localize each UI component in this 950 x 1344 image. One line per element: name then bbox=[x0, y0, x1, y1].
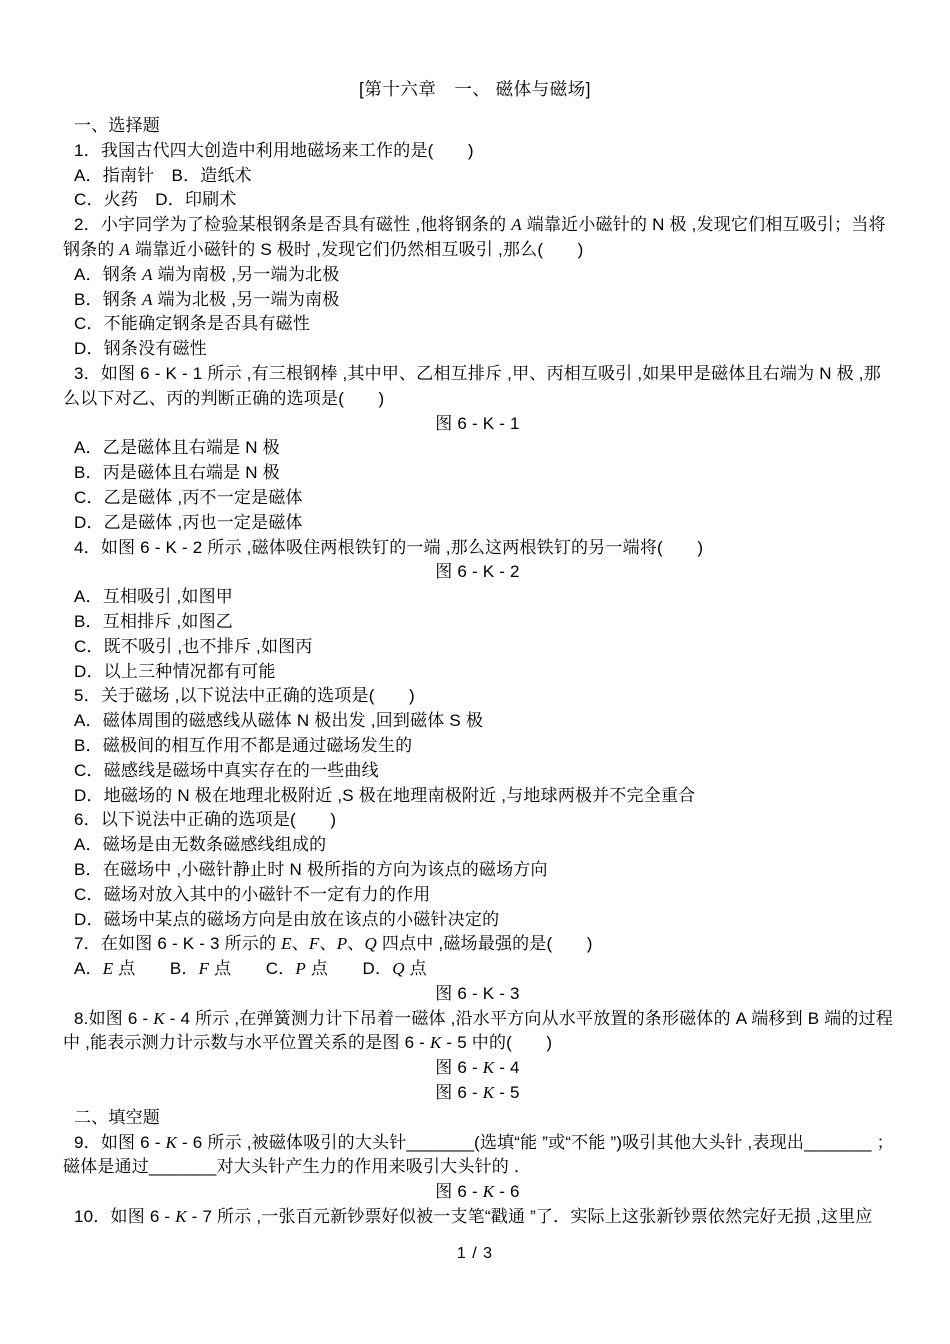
question-8-line-1: 8.如图 6 - K - 4 所示 ,在弹簧测力计下吊着一磁体 ,沿水平方向从水… bbox=[63, 1007, 892, 1032]
question-3-line-2: 么以下对乙、丙的判断正确的选项是( ) bbox=[63, 387, 892, 412]
question-2-line-2: 钢条的 A 端靠近小磁针的 S 极时 ,发现它们仍然相互吸引 ,那么( ) bbox=[63, 238, 892, 263]
figure-caption-6-k-1: 图 6 - K - 1 bbox=[63, 412, 892, 437]
option-5-c: C．磁感线是磁场中真实存在的一些曲线 bbox=[63, 759, 892, 784]
option-3-d: D．乙是磁体 ,丙也一定是磁体 bbox=[63, 511, 892, 536]
figure-caption-6-k-6: 图 6 - K - 6 bbox=[63, 1180, 892, 1205]
option-4-d: D．以上三种情况都有可能 bbox=[63, 660, 892, 685]
option-5-a: A．磁体周围的磁感线从磁体 N 极出发 ,回到磁体 S 极 bbox=[63, 709, 892, 734]
question-9-line-2: 磁体是通过_______对大头针产生力的作用来吸引大头针的 ． bbox=[63, 1155, 892, 1180]
page-title: [第十六章 一、 磁体与磁场] bbox=[0, 76, 950, 101]
option-4-c: C．既不吸引 ,也不排斥 ,如图丙 bbox=[63, 635, 892, 660]
question-10: 10．如图 6 - K - 7 所示 ,一张百元新钞票好似被一支笔“戳通 ”了．… bbox=[63, 1205, 892, 1230]
document-body: 一、选择题1．我国古代四大创造中利用地磁场来工作的是( )A．指南针 B．造纸术… bbox=[63, 114, 892, 1230]
question-3-line-1: 3．如图 6 - K - 1 所示 ,有三根钢棒 ,其中甲、乙相互排斥 ,甲、丙… bbox=[63, 362, 892, 387]
question-7: 7．在如图 6 - K - 3 所示的 E、F、P、Q 四点中 ,磁场最强的是(… bbox=[63, 932, 892, 957]
option-5-b: B．磁极间的相互作用不都是通过磁场发生的 bbox=[63, 734, 892, 759]
option-5-d: D．地磁场的 N 极在地理北极附近 ,S 极在地理南极附近 ,与地球两极并不完全… bbox=[63, 784, 892, 809]
page-number: 1 / 3 bbox=[0, 1245, 950, 1263]
worksheet-page: [第十六章 一、 磁体与磁场] 一、选择题1．我国古代四大创造中利用地磁场来工作… bbox=[0, 0, 950, 1344]
option-4-a: A．互相吸引 ,如图甲 bbox=[63, 585, 892, 610]
figure-caption-6-k-3: 图 6 - K - 3 bbox=[63, 982, 892, 1007]
section-heading-choice: 一、选择题 bbox=[63, 114, 892, 139]
question-1: 1．我国古代四大创造中利用地磁场来工作的是( ) bbox=[63, 139, 892, 164]
option-2-b: B．钢条 A 端为北极 ,另一端为南极 bbox=[63, 288, 892, 313]
figure-caption-6-k-2: 图 6 - K - 2 bbox=[63, 560, 892, 585]
option-2-c: C．不能确定钢条是否具有磁性 bbox=[63, 312, 892, 337]
option-6-a: A．磁场是由无数条磁感线组成的 bbox=[63, 833, 892, 858]
figure-caption-6-k-5: 图 6 - K - 5 bbox=[63, 1081, 892, 1106]
options-7: A．E 点 B．F 点 C．P 点 D．Q 点 bbox=[63, 957, 892, 982]
question-8-line-2: 中 ,能表示测力计示数与水平位置关系的是图 6 - K - 5 中的( ) bbox=[63, 1031, 892, 1056]
options-1-cd: C．火药 D．印刷术 bbox=[63, 188, 892, 213]
figure-caption-6-k-4: 图 6 - K - 4 bbox=[63, 1056, 892, 1081]
question-6: 6．以下说法中正确的选项是( ) bbox=[63, 808, 892, 833]
option-4-b: B．互相排斥 ,如图乙 bbox=[63, 610, 892, 635]
question-4: 4．如图 6 - K - 2 所示 ,磁体吸住两根铁钉的一端 ,那么这两根铁钉的… bbox=[63, 536, 892, 561]
option-2-a: A．钢条 A 端为南极 ,另一端为北极 bbox=[63, 263, 892, 288]
question-5: 5．关于磁场 ,以下说法中正确的选项是( ) bbox=[63, 684, 892, 709]
section-heading-fill: 二、填空题 bbox=[63, 1106, 892, 1131]
question-2-line-1: 2．小宇同学为了检验某根钢条是否具有磁性 ,他将钢条的 A 端靠近小磁针的 N … bbox=[63, 213, 892, 238]
option-6-c: C．磁场对放入其中的小磁针不一定有力的作用 bbox=[63, 883, 892, 908]
option-2-d: D．钢条没有磁性 bbox=[63, 337, 892, 362]
option-3-b: B．丙是磁体且右端是 N 极 bbox=[63, 461, 892, 486]
option-3-c: C．乙是磁体 ,丙不一定是磁体 bbox=[63, 486, 892, 511]
option-3-a: A．乙是磁体且右端是 N 极 bbox=[63, 436, 892, 461]
option-6-b: B．在磁场中 ,小磁针静止时 N 极所指的方向为该点的磁场方向 bbox=[63, 858, 892, 883]
options-1-ab: A．指南针 B．造纸术 bbox=[63, 164, 892, 189]
question-9-line-1: 9．如图 6 - K - 6 所示 ,被磁体吸引的大头针_______(选填“能… bbox=[63, 1131, 892, 1156]
option-6-d: D．磁场中某点的磁场方向是由放在该点的小磁针决定的 bbox=[63, 908, 892, 933]
